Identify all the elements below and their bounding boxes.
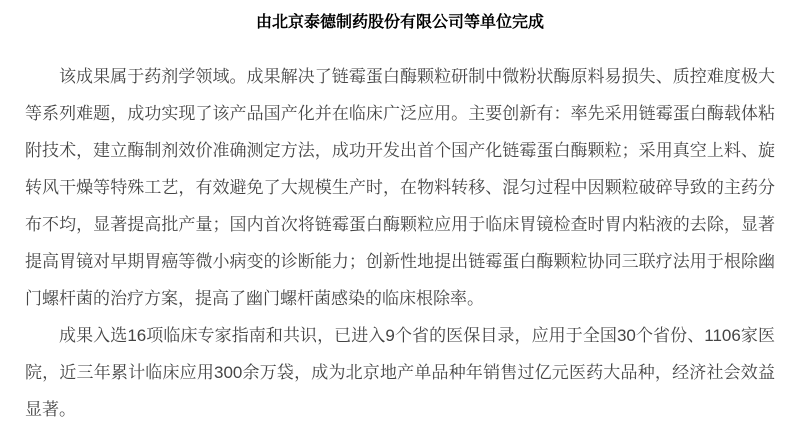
document-body: 该成果属于药剂学领域。成果解决了链霉蛋白酶颗粒研制中微粉状酶原料易损失、质控难度… bbox=[25, 58, 775, 428]
document-page: 由北京泰德制药股份有限公司等单位完成 该成果属于药剂学领域。成果解决了链霉蛋白酶… bbox=[0, 0, 800, 428]
paragraph-achievements: 成果入选16项临床专家指南和共识，已进入9个省的医保目录，应用于全国30个省份、… bbox=[25, 317, 775, 428]
paragraph-overview: 该成果属于药剂学领域。成果解决了链霉蛋白酶颗粒研制中微粉状酶原料易损失、质控难度… bbox=[25, 58, 775, 317]
document-title: 由北京泰德制药股份有限公司等单位完成 bbox=[25, 10, 775, 34]
